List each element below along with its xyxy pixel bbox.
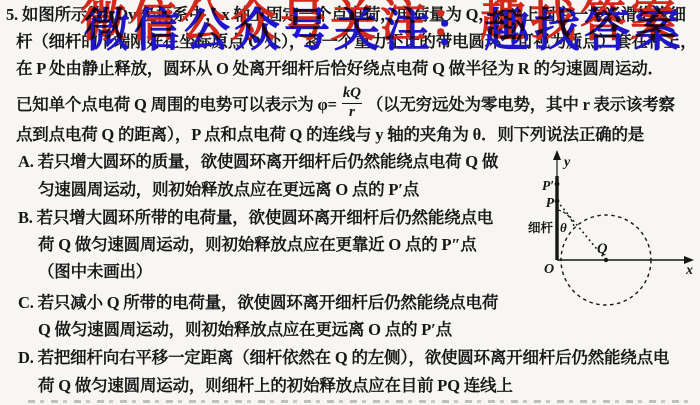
point-p-dot xyxy=(555,199,560,204)
origin-label: O xyxy=(544,262,554,277)
option-c-line-1: C. 若只减小 Q 所带的电荷量，欲使圆环离开细杆后仍然能绕点电荷 xyxy=(18,292,498,314)
fraction-denominator: r xyxy=(342,103,362,121)
rod-label: 细杆 xyxy=(528,220,554,235)
option-d-line-2: 荷 Q 做匀速圆周运动，则细杆上的初始释放点应在目前 PQ 连线上 xyxy=(38,375,513,397)
point-p-label: P xyxy=(546,195,555,210)
option-a-line-1: A. 若只增大圆环的质量，欲使圆环离开细杆后仍然能绕点电荷 Q 做 xyxy=(18,151,498,173)
theta-label: θ xyxy=(560,220,567,235)
point-p-prime-label: P′ xyxy=(542,178,554,193)
option-d-line-1: D. 若把细杆向右平移一定距离（细杆依然在 Q 的左侧），欲使圆环离开细杆后仍然… xyxy=(18,347,669,369)
exam-page: 5. 如图所示的 xOy 坐标系中，x 轴上固定一个点电荷，电荷量为 Q，y 轴… xyxy=(0,0,700,405)
point-q-dot xyxy=(604,258,608,262)
truncated-next-line xyxy=(28,400,688,403)
option-a-line-2: 匀速圆周运动，则初始释放点应在更远离 O 点的 P′点 xyxy=(38,179,419,201)
y-axis-arrow-icon xyxy=(553,150,561,160)
fraction-numerator: kQ xyxy=(339,86,365,103)
question-line-2: 杆（细杆的下端刚好在坐标原点 O 处），将一个重力不计的带电圆环（可视为质点）套… xyxy=(16,31,697,53)
question-line-4: 已知单个点电荷 Q 周围的电势可以表示为 φ=kQr（以无穷远处为零电势，其中 … xyxy=(16,84,675,122)
option-b-line-3: （图中未画出） xyxy=(38,261,152,283)
x-axis-label: x xyxy=(685,263,693,278)
option-b-line-1: B. 若只增大圆环所带的电荷量，欲使圆环离开细杆后仍然能绕点电 xyxy=(18,207,493,229)
charge-q-label: Q xyxy=(597,241,608,257)
question-line-1: 5. 如图所示的 xOy 坐标系中，x 轴上固定一个点电荷，电荷量为 Q，y 轴… xyxy=(6,4,686,26)
formula-prefix-text: 已知单个点电荷 Q 周围的电势可以表示为 φ= xyxy=(16,91,337,115)
point-p-prime-dot xyxy=(555,182,560,187)
question-line-3: 在 P 处由静止释放，圆环从 O 处离开细杆后恰好绕点电荷 Q 做半径为 R 的… xyxy=(16,58,664,80)
xoy-diagram: y x O P′ P 细杆 θ Q xyxy=(516,146,700,318)
option-b-line-2: 荷 Q 做匀速圆周运动，则初始释放点应在更靠近 O 点的 P″点 xyxy=(38,234,477,256)
y-axis-label: y xyxy=(562,155,571,170)
question-line-5: 点到点电荷 Q 的距离），P 点和点电荷 Q 的连线与 y 轴的夹角为 θ．则下… xyxy=(16,124,644,146)
formula-suffix-text: （以无穷远处为零电势，其中 r 表示该考察 xyxy=(367,91,675,115)
potential-fraction: kQr xyxy=(339,86,365,121)
option-c-line-2: Q 做匀速圆周运动，则初始释放点应在更远离 O 点的 P′点 xyxy=(38,319,452,341)
